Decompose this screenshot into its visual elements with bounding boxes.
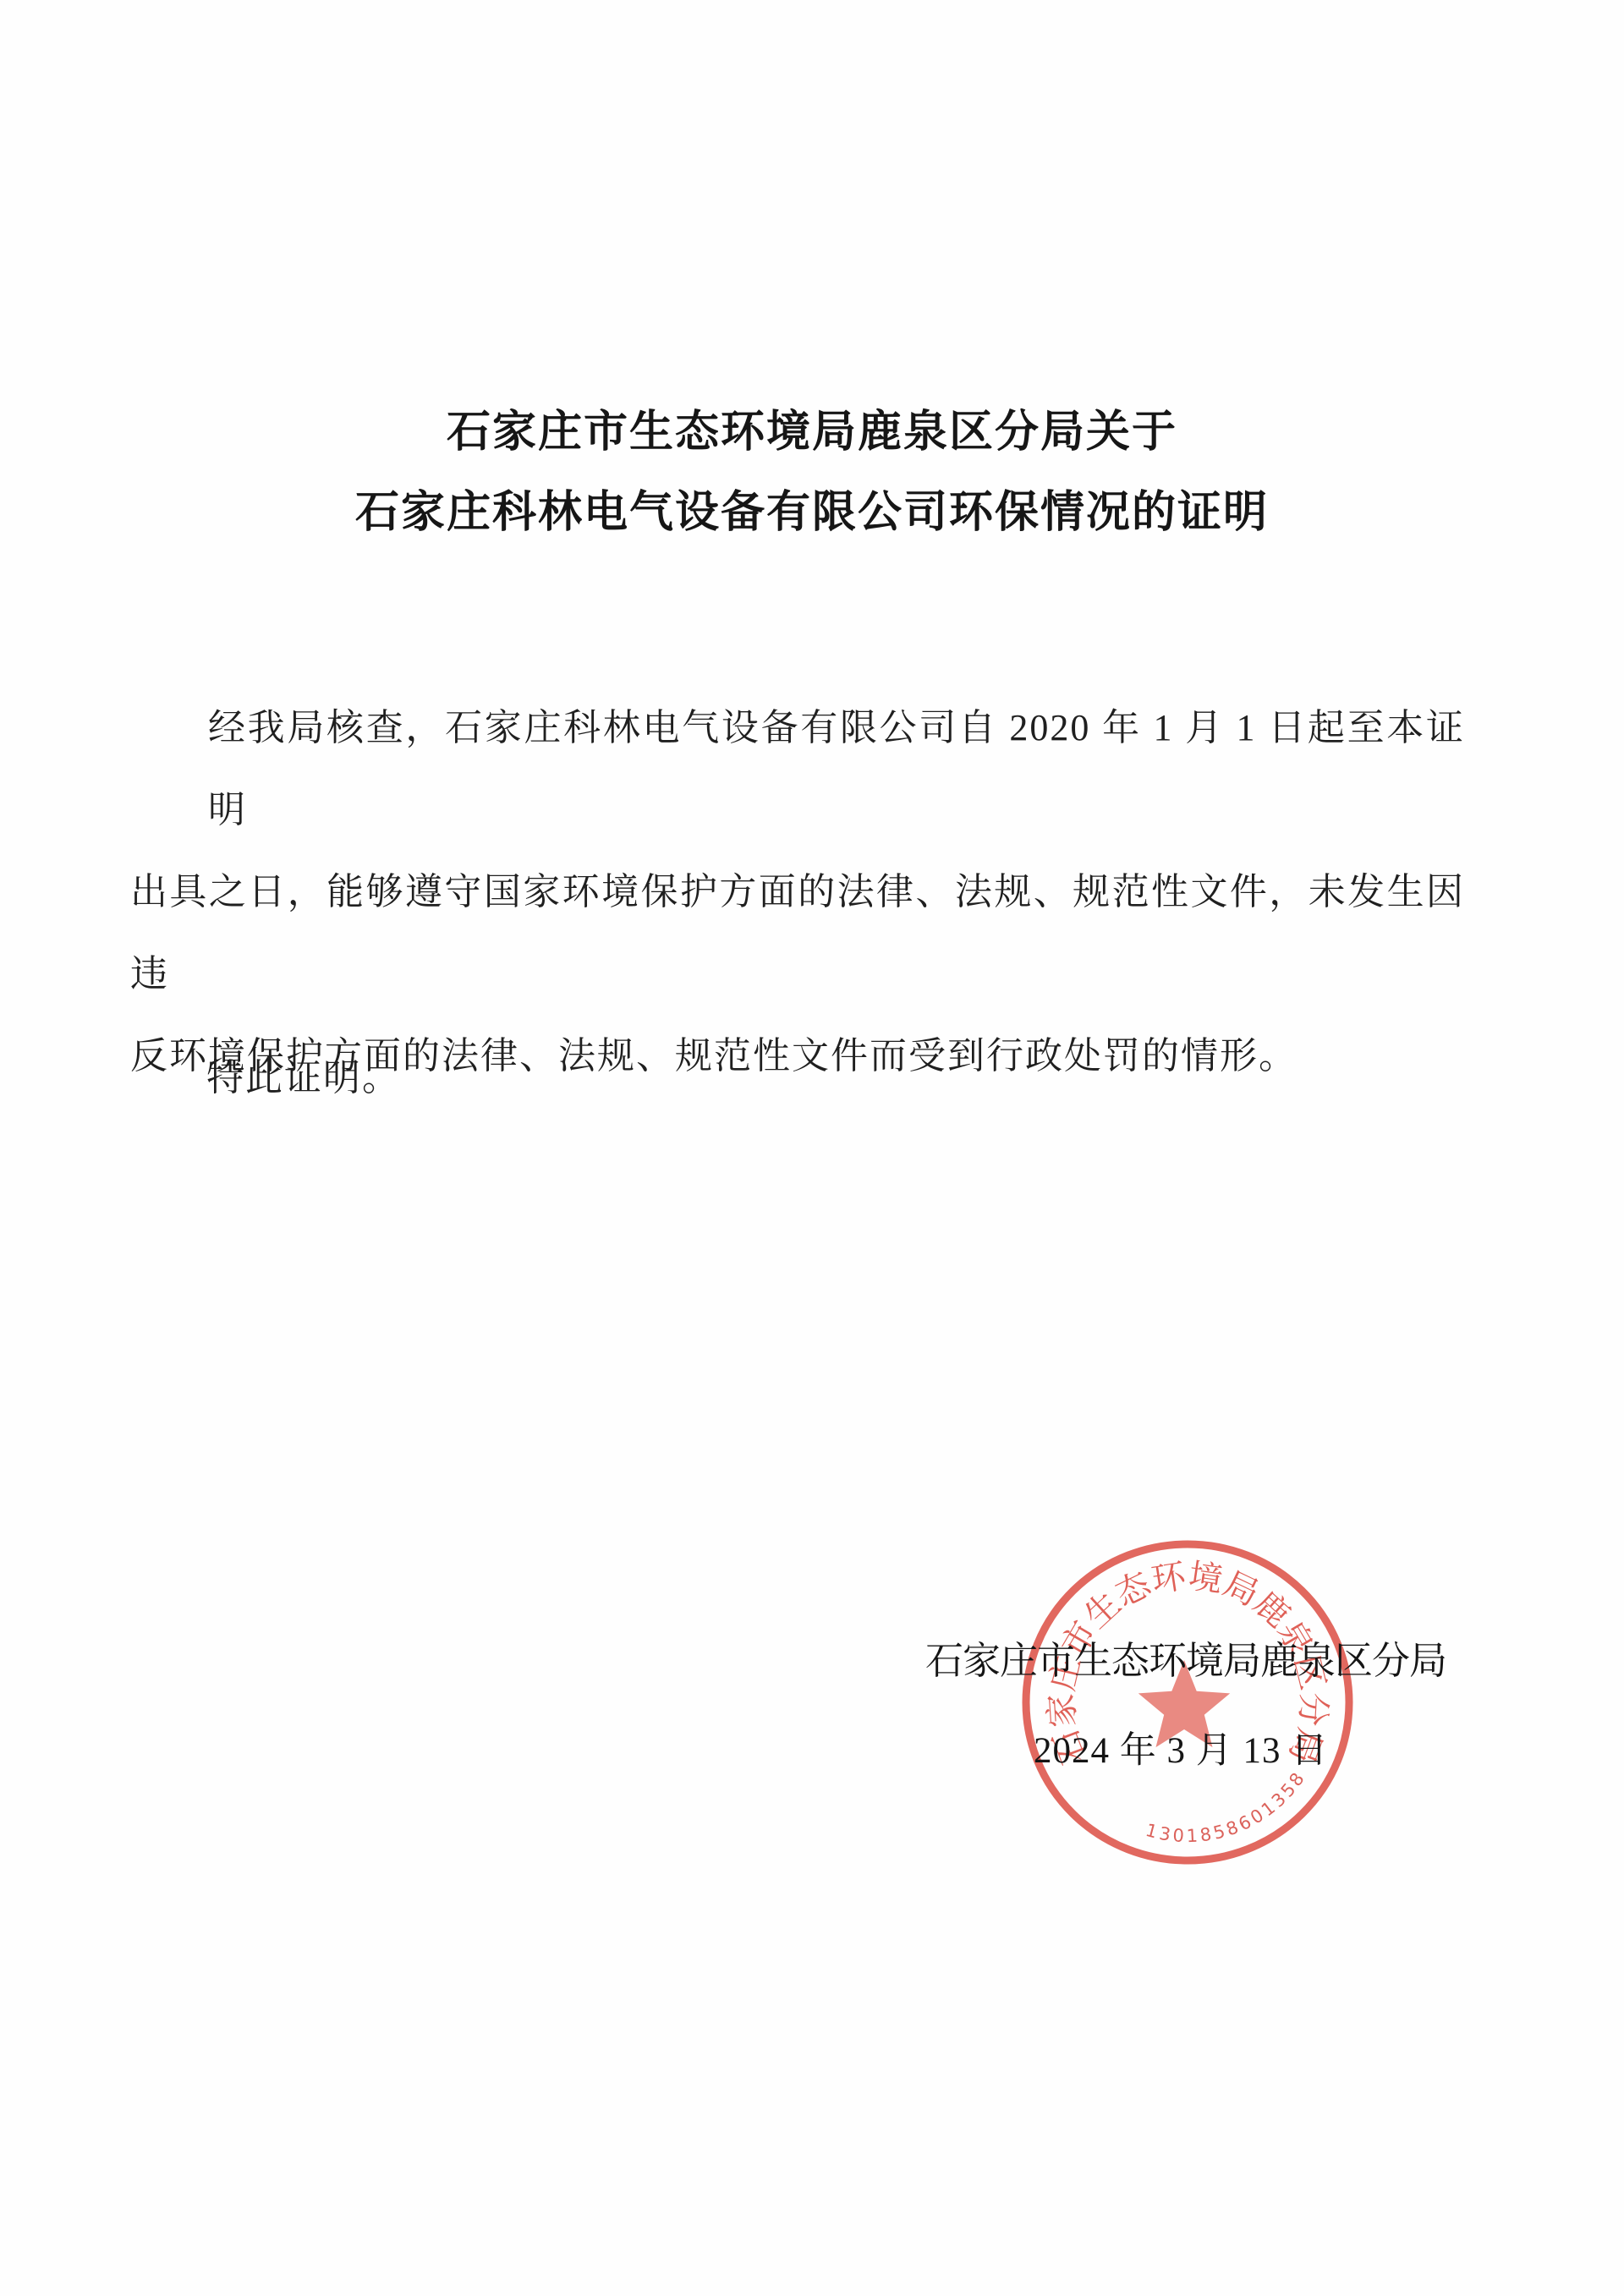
closing-statement: 特此证明。 — [206, 1047, 401, 1101]
certificate-page: 石家庄市生态环境局鹿泉区分局关于 石家庄科林电气设备有限公司环保情况的证明 经我… — [0, 0, 1624, 2296]
document-title-line-1: 石家庄市生态环境局鹿泉区分局关于 — [0, 396, 1624, 459]
body-line-2: 出具之日，能够遵守国家环境保护方面的法律、法规、规范性文件，未发生因违 — [130, 851, 1465, 1015]
document-title-line-2: 石家庄科林电气设备有限公司环保情况的证明 — [0, 476, 1624, 540]
seal-serial-number: 1301858601358 — [1144, 1767, 1310, 1846]
body-paragraph: 经我局核查，石家庄科林电气设备有限公司自 2020 年 1 月 1 日起至本证明… — [130, 687, 1465, 1097]
issuing-authority-signature: 石家庄市生态环境局鹿泉区分局 — [925, 1630, 1446, 1685]
official-seal: 石家庄市生态环境局鹿泉区分局 1301858601358 — [1018, 1533, 1357, 1871]
body-line-1: 经我局核查，石家庄科林电气设备有限公司自 2020 年 1 月 1 日起至本证明 — [130, 687, 1465, 851]
issue-date: 2024 年 3 月 13 日 — [1034, 1722, 1328, 1773]
seal-code-wrapper: 1301858601358 — [1144, 1767, 1310, 1846]
